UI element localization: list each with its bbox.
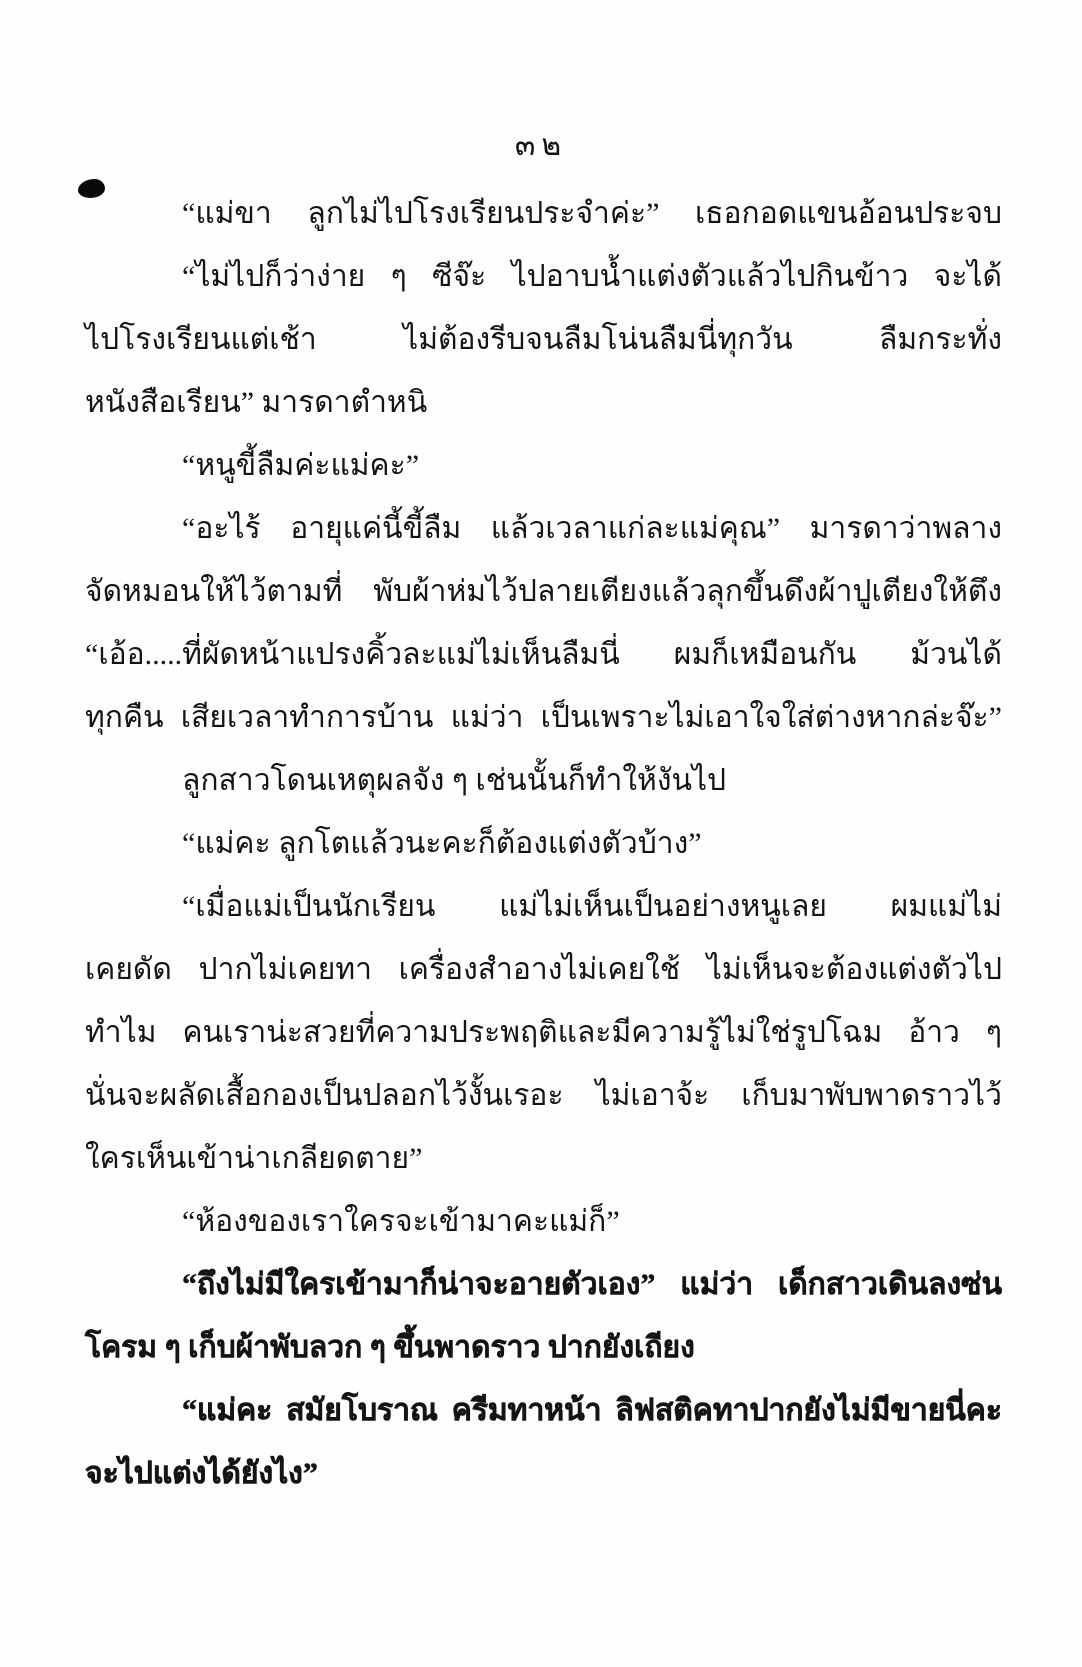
scanned-book-page: ๓๒ “แม่ขา ลูกไม่ไปโรงเรียนประจำค่ะ” เธอก… <box>0 0 1082 1667</box>
text-line: จัดหมอนให้ไว้ตามที่ พับผ้าห่มไว้ปลายเตีย… <box>85 560 1002 623</box>
text-line: “เมื่อแม่เป็นนักเรียน แม่ไม่เห็นเป็นอย่า… <box>85 875 1002 938</box>
text-line: จะไปแต่งได้ยังไง” <box>85 1442 1002 1505</box>
text-line: “หนูขี้ลืมค่ะแม่คะ” <box>85 434 1002 497</box>
text-line: ลูกสาวโดนเหตุผลจัง ๆ เช่นนั้นก็ทำให้งันไ… <box>85 749 1002 812</box>
text-line: โครม ๆ เก็บผ้าพับลวก ๆ ขึ้นพาดราว ปากยัง… <box>85 1316 1002 1379</box>
text-line: ทุกคืน เสียเวลาทำการบ้าน แม่ว่า เป็นเพรา… <box>85 686 1002 749</box>
text-line: เคยดัด ปากไม่เคยทา เครื่องสำอางไม่เคยใช้… <box>85 938 1002 1001</box>
text-line: หนังสือเรียน” มารดาตำหนิ <box>85 371 1002 434</box>
text-line: “แม่ขา ลูกไม่ไปโรงเรียนประจำค่ะ” เธอกอดแ… <box>85 182 1002 245</box>
page-number: ๓๒ <box>0 122 1082 169</box>
text-block: “แม่ขา ลูกไม่ไปโรงเรียนประจำค่ะ” เธอกอดแ… <box>85 182 1002 1505</box>
text-line: นั่นจะผลัดเสื้อกองเป็นปลอกไว้งั้นเรอะ ไม… <box>85 1064 1002 1127</box>
text-line: ไปโรงเรียนแต่เช้า ไม่ต้องรีบจนลืมโน่นลืม… <box>85 308 1002 371</box>
text-line: “ไม่ไปก็ว่าง่าย ๆ ซีจ๊ะ ไปอาบน้ำแต่งตัวแ… <box>85 245 1002 308</box>
text-line: ใครเห็นเข้าน่าเกลียดตาย” <box>85 1127 1002 1190</box>
text-line: ทำไม คนเราน่ะสวยที่ความประพฤติและมีความร… <box>85 1001 1002 1064</box>
text-line: “แม่คะ สมัยโบราณ ครีมทาหน้า ลิฟสติคทาปาก… <box>85 1379 1002 1442</box>
text-line: “แม่คะ ลูกโตแล้วนะคะก็ต้องแต่งตัวบ้าง” <box>85 812 1002 875</box>
text-line: “ห้องของเราใครจะเข้ามาคะแม่ก็” <box>85 1190 1002 1253</box>
text-line: “อะไร้ อายุแค่นี้ขี้ลืม แล้วเวลาแก่ละแม่… <box>85 497 1002 560</box>
text-line: “ถึงไม่มีใครเข้ามาก็น่าจะอายตัวเอง” แม่ว… <box>85 1253 1002 1316</box>
text-line: “เอ้อ.....ที่ผัดหน้าแปรงคิ้วละแม่ไม่เห็น… <box>85 623 1002 686</box>
